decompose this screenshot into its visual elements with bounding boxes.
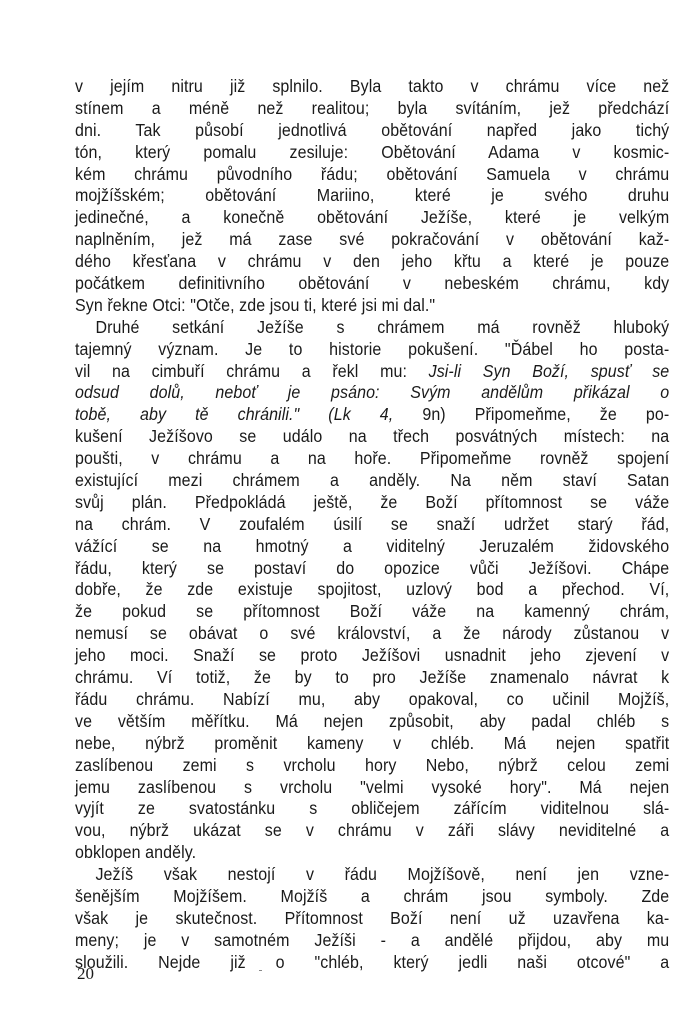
- text-line: řádu, který se postaví do opozice vůči J…: [75, 558, 669, 580]
- text-run: 9n) Připomeňme, že po-: [393, 404, 669, 424]
- text-line: obklopen anděly.: [75, 842, 669, 864]
- text-line: že pokud se přítomnost Boží váže na kame…: [75, 601, 669, 623]
- text-line: zaslíbenou zemi s vrcholu hory Nebo, nýb…: [75, 755, 669, 777]
- text-line: vil na cimbuří chrámu a řekl mu: Jsi-li …: [75, 361, 669, 383]
- text-line: stínem a méně než realitou; byla svítání…: [75, 98, 669, 120]
- text-line: naplněním, jež má zase své pokračování v…: [75, 229, 669, 251]
- paragraph-2: Druhé setkání Ježíše s chrámem má rovněž…: [75, 317, 669, 864]
- text-line: vou, nýbrž ukázat se v chrámu v záři slá…: [75, 820, 669, 842]
- text-line: mojžíšském; obětování Mariino, které je …: [75, 185, 669, 207]
- text-line: jedinečné, a konečně obětování Ježíše, k…: [75, 207, 669, 229]
- text-line: nemusí se obávat o své království, a že …: [75, 623, 669, 645]
- paragraph-3: Ježíš však nestojí v řádu Mojžíšově, nen…: [75, 864, 669, 973]
- text-line: však je skutečnost. Přítomnost Boží není…: [75, 908, 669, 930]
- scripture-quote: tobě, aby tě chránili." (Lk 4,: [75, 404, 393, 424]
- text-line: chrámu. Ví totiž, že by to pro Ježíše zn…: [75, 667, 669, 689]
- text-line: kušení Ježíšovo se událo na třech posvát…: [75, 426, 669, 448]
- text-line: dého křesťana v chrámu v den jeho křtu a…: [75, 251, 669, 273]
- text-line: meny; je v samotném Ježíši - a andělé př…: [75, 930, 669, 952]
- text-line: vyjít ze svatostánku s obličejem zářícím…: [75, 798, 669, 820]
- text-line: dobře, že zde existuje spojitost, uzlový…: [75, 579, 669, 601]
- text-line: šenějším Mojžíšem. Mojžíš a chrám jsou s…: [75, 886, 669, 908]
- text-line: Syn řekne Otci: "Otče, zde jsou ti, kter…: [75, 295, 669, 317]
- text-line: tobě, aby tě chránili." (Lk 4, 9n) Připo…: [75, 404, 669, 426]
- text-line: dni. Tak působí jednotlivá obětování nap…: [75, 120, 669, 142]
- text-line: existující mezi chrámem a anděly. Na něm…: [75, 470, 669, 492]
- text-line: počátkem definitivního obětování v nebes…: [75, 273, 669, 295]
- scripture-quote: odsud dolů, neboť je psáno: Svým andělům…: [75, 382, 669, 402]
- text-line: jeho moci. Snaží se proto Ježíšovi usnad…: [75, 645, 669, 667]
- scripture-quote: Jsi-li Syn Boží, spusť se: [429, 361, 670, 381]
- text-line: ve větším měřítku. Má nejen způsobit, ab…: [75, 711, 669, 733]
- page-body: v jejím nitru již splnilo. Byla takto v …: [75, 76, 669, 974]
- text-line: řádu chrámu. Nabízí mu, aby opakoval, co…: [75, 689, 669, 711]
- text-line: v jejím nitru již splnilo. Byla takto v …: [75, 76, 669, 98]
- text-run: vil na cimbuří chrámu a řekl mu:: [75, 361, 429, 381]
- text-line: poušti, v chrámu a na hoře. Připomeňme r…: [75, 448, 669, 470]
- text-line: Ježíš však nestojí v řádu Mojžíšově, nen…: [75, 864, 669, 886]
- scan-speck: [259, 970, 262, 971]
- page-number: 20: [77, 964, 94, 984]
- text-line: tajemný význam. Je to historie pokušení.…: [75, 339, 669, 361]
- text-line: tón, který pomalu zesiluje: Obětování Ad…: [75, 142, 669, 164]
- text-line: odsud dolů, neboť je psáno: Svým andělům…: [75, 382, 669, 404]
- paragraph-1: v jejím nitru již splnilo. Byla takto v …: [75, 76, 669, 317]
- text-line: vážící se na hmotný a viditelný Jeruzalé…: [75, 536, 669, 558]
- text-line: Druhé setkání Ježíše s chrámem má rovněž…: [75, 317, 669, 339]
- text-line: jemu zaslíbenou s vrcholu "velmi vysoké …: [75, 777, 669, 799]
- text-line: na chrám. V zoufalém úsilí se snaží udrž…: [75, 514, 669, 536]
- text-line: svůj plán. Předpokládá ještě, že Boží př…: [75, 492, 669, 514]
- text-line: nebe, nýbrž proměnit kameny v chléb. Má …: [75, 733, 669, 755]
- text-line: kém chrámu původního řádu; obětování Sam…: [75, 164, 669, 186]
- text-line: sloužili. Nejde již o "chléb, který jedl…: [75, 952, 669, 974]
